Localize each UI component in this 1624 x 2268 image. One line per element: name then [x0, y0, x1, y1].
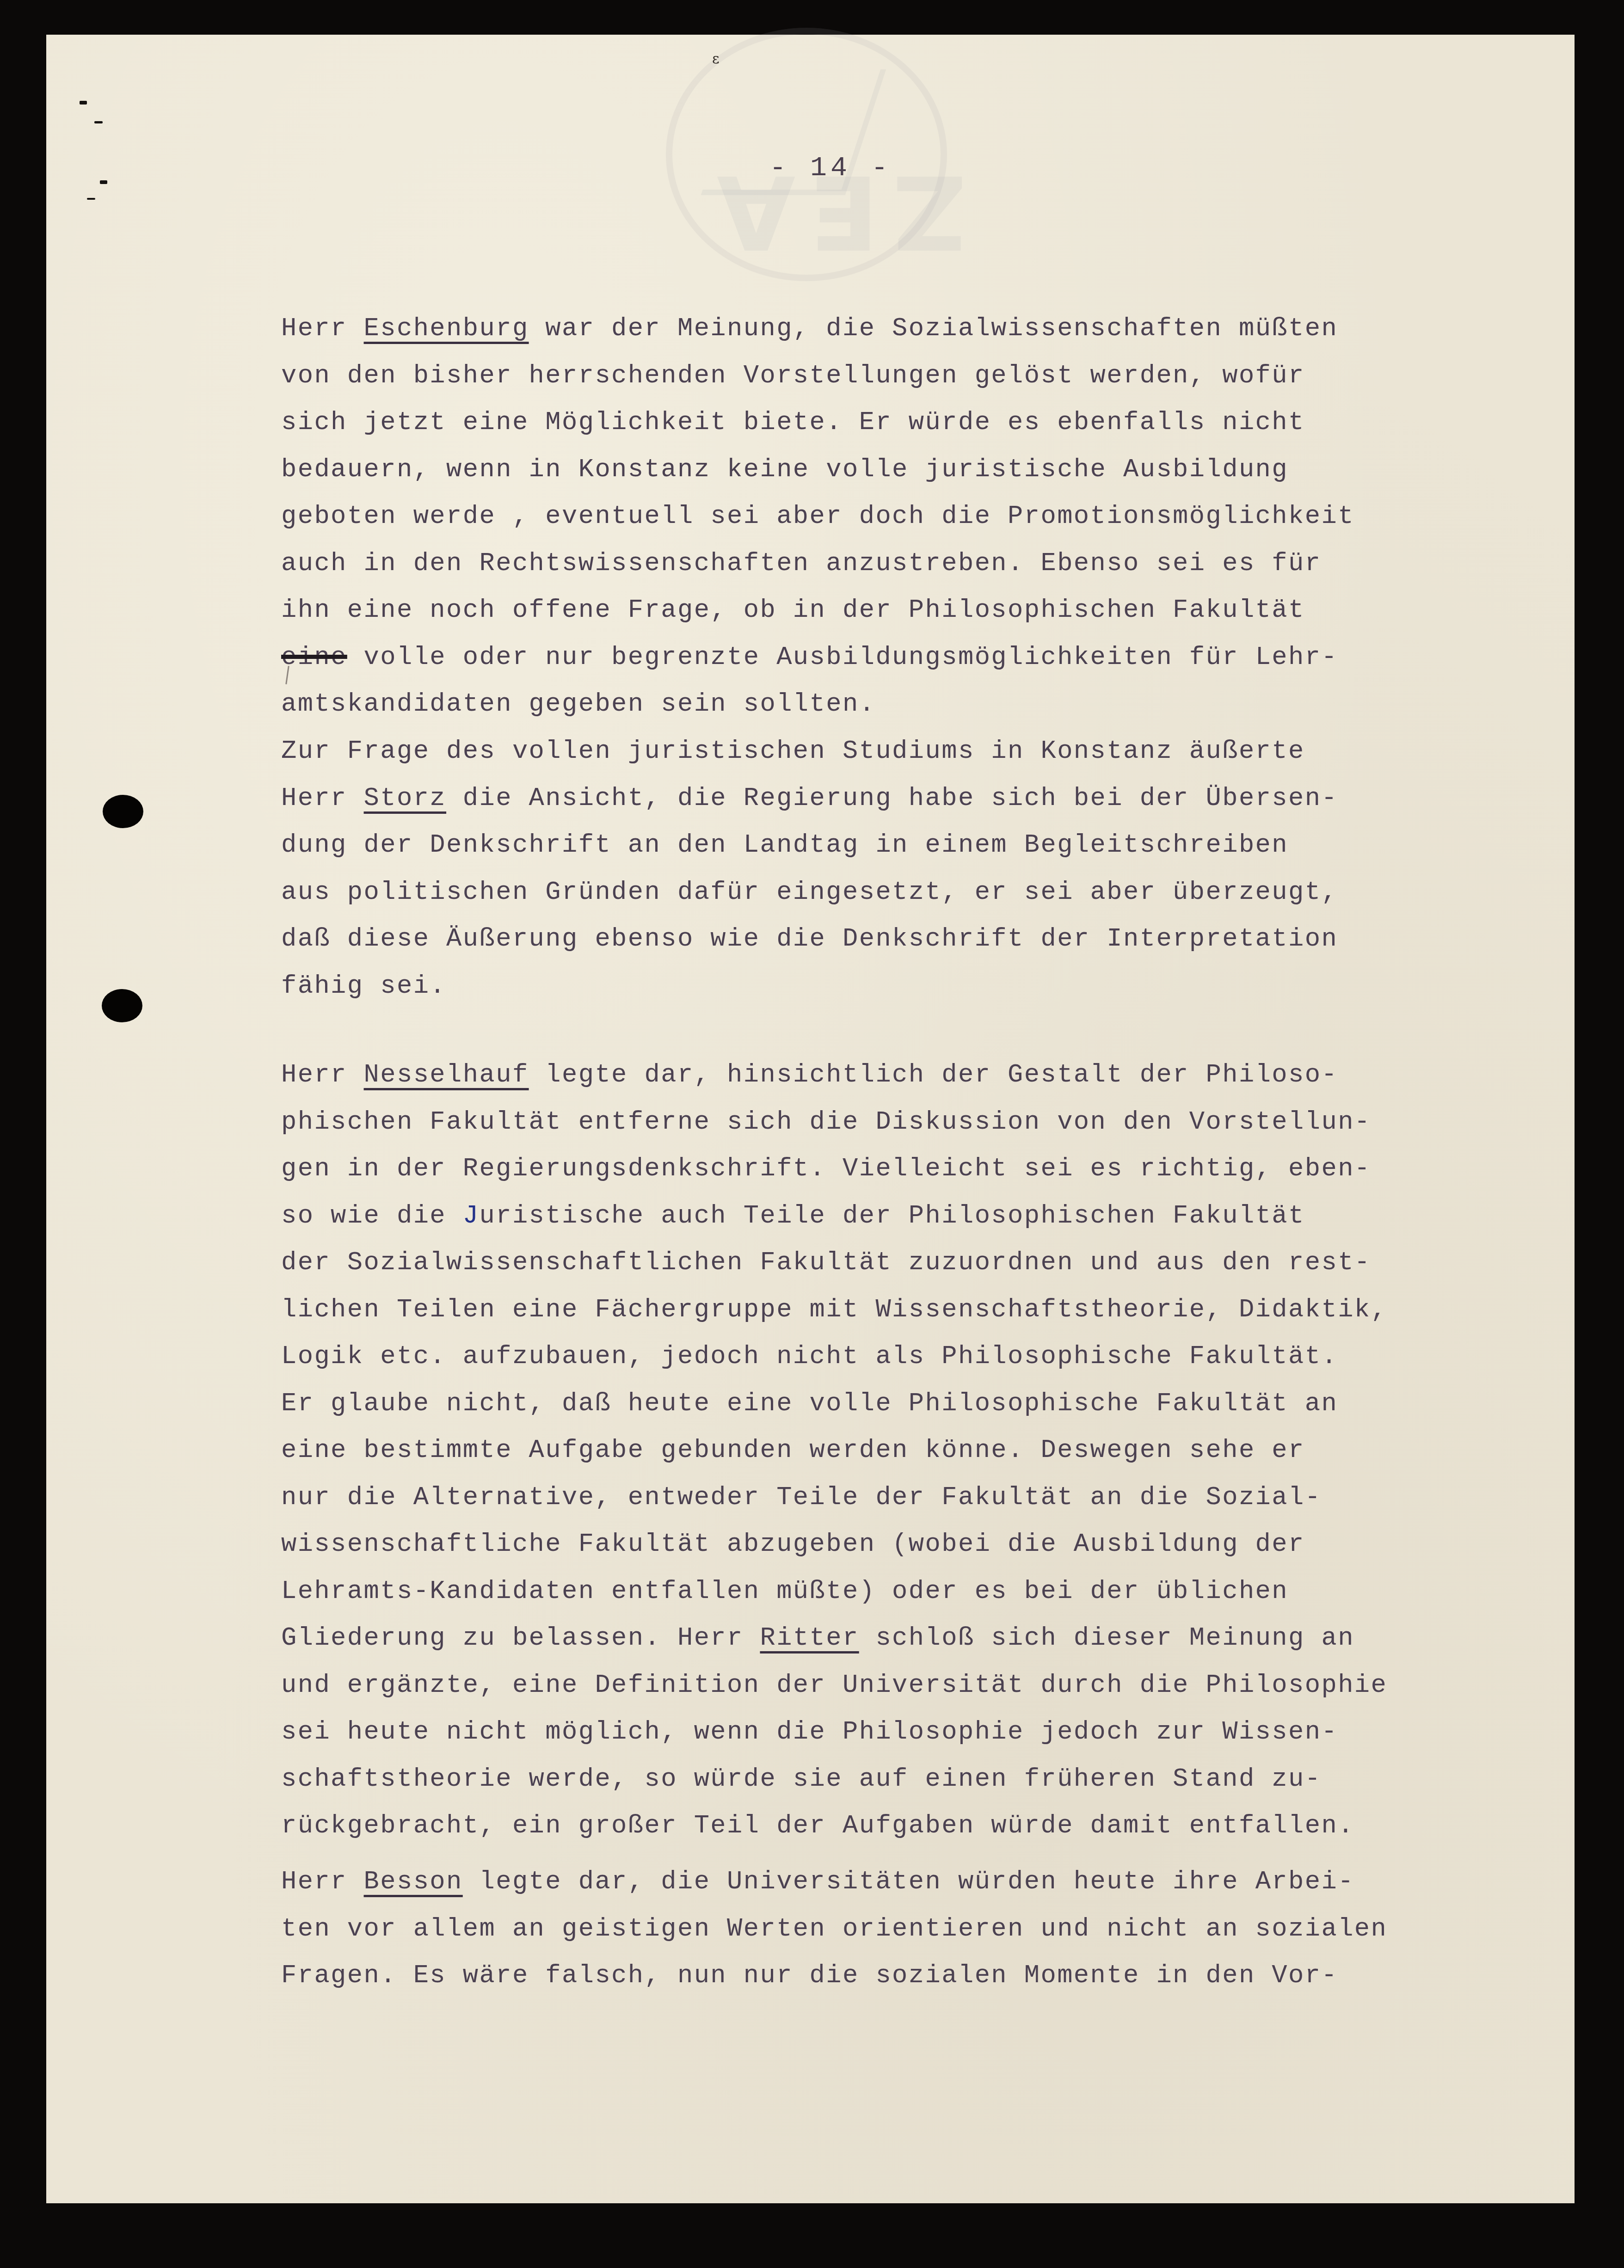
text-line: dung der Denkschrift an den Landtag in e…: [281, 822, 1338, 869]
text-line: und ergänzte, eine Definition der Univer…: [281, 1662, 1387, 1709]
text-line: phischen Fakultät entferne sich die Disk…: [281, 1099, 1387, 1146]
struck-word: eine: [281, 643, 347, 672]
line-text: Gliederung zu belassen. Herr: [281, 1623, 760, 1653]
punch-hole: [103, 795, 143, 828]
line-text: sei heute nicht möglich, wenn die Philos…: [281, 1717, 1338, 1746]
line-text: ihn eine noch offene Frage, ob in der Ph…: [281, 596, 1305, 625]
text-line: eine bestimmte Aufgabe gebunden werden k…: [281, 1427, 1387, 1474]
page-number-text: - 14 -: [732, 153, 892, 184]
staple-mark: [94, 121, 103, 123]
text-line: lichen Teilen eine Fächergruppe mit Wiss…: [281, 1286, 1387, 1334]
text-line: fähig sei.: [281, 963, 1338, 1010]
line-text: Herr: [281, 784, 364, 813]
text-line: daß diese Äußerung ebenso wie die Denksc…: [281, 916, 1338, 963]
line-text: Herr: [281, 314, 364, 343]
staple-mark: [80, 101, 87, 104]
text-line: Herr Besson legte dar, die Universitäten…: [281, 1858, 1387, 1905]
text-line: der Sozialwissenschaftlichen Fakultät zu…: [281, 1239, 1387, 1286]
line-text: fähig sei.: [281, 971, 446, 1001]
line-text: von den bisher herrschenden Vorstellunge…: [281, 361, 1305, 390]
text-line: von den bisher herrschenden Vorstellunge…: [281, 352, 1354, 400]
line-text: die Ansicht, die Regierung habe sich bei…: [446, 784, 1338, 813]
text-line: geboten werde , eventuell sei aber doch …: [281, 493, 1354, 540]
line-text: lichen Teilen eine Fächergruppe mit Wiss…: [281, 1295, 1387, 1324]
text-line: bedauern, wenn in Konstanz keine volle j…: [281, 446, 1354, 493]
line-text: legte dar, hinsichtlich der Gestalt der …: [529, 1060, 1338, 1089]
text-line: schaftstheorie werde, so würde sie auf e…: [281, 1756, 1387, 1803]
text-line: sich jetzt eine Möglichkeit biete. Er wü…: [281, 399, 1354, 446]
line-text: sich jetzt eine Möglichkeit biete. Er wü…: [281, 408, 1305, 437]
text-line: aus politischen Gründen dafür eingesetzt…: [281, 869, 1338, 916]
paragraph-storz: Zur Frage des vollen juristischen Studiu…: [281, 728, 1338, 1009]
text-line: auch in den Rechtswissenschaften anzustr…: [281, 540, 1354, 587]
speaker-name: Storz: [364, 784, 447, 813]
line-text: schaftstheorie werde, so würde sie auf e…: [281, 1764, 1321, 1794]
line-text: ten vor allem an geistigen Werten orient…: [281, 1914, 1387, 1943]
line-text: Herr: [281, 1867, 364, 1896]
line-text: rückgebracht, ein großer Teil der Aufgab…: [281, 1811, 1354, 1840]
text-line: wissenschaftliche Fakultät abzugeben (wo…: [281, 1521, 1387, 1568]
text-line: rückgebracht, ein großer Teil der Aufgab…: [281, 1802, 1387, 1850]
line-text: Fragen. Es wäre falsch, nun nur die sozi…: [281, 1961, 1338, 1990]
line-text: so wie die: [281, 1201, 463, 1230]
line-text: gen in der Regierungsdenkschrift. Vielle…: [281, 1154, 1371, 1183]
staple-mark: [87, 198, 95, 200]
text-line: Gliederung zu belassen. Herr Ritter schl…: [281, 1615, 1387, 1662]
speaker-name: Nesselhauf: [364, 1060, 529, 1089]
line-text: war der Meinung, die Sozialwissenschafte…: [529, 314, 1338, 343]
text-line: Logik etc. aufzubauen, jedoch nicht als …: [281, 1333, 1387, 1380]
line-text: dung der Denkschrift an den Landtag in e…: [281, 830, 1288, 860]
text-line: eine volle oder nur begrenzte Ausbildung…: [281, 634, 1354, 681]
line-text: Herr: [281, 1060, 364, 1089]
line-text: Logik etc. aufzubauen, jedoch nicht als …: [281, 1342, 1338, 1371]
line-text: Er glaube nicht, daß heute eine volle Ph…: [281, 1389, 1338, 1418]
line-text: und ergänzte, eine Definition der Univer…: [281, 1671, 1387, 1700]
text-line: ihn eine noch offene Frage, ob in der Ph…: [281, 587, 1354, 634]
line-text: daß diese Äußerung ebenso wie die Denksc…: [281, 924, 1338, 953]
text-line: so wie die Juristische auch Teile der Ph…: [281, 1192, 1387, 1240]
line-text: Zur Frage des vollen juristischen Studiu…: [281, 737, 1305, 766]
speaker-name: Besson: [364, 1867, 463, 1896]
line-text: uristische auch Teile der Philosophische…: [479, 1201, 1304, 1230]
text-line: gen in der Regierungsdenkschrift. Vielle…: [281, 1145, 1387, 1192]
text-line: amtskandidaten gegeben sein sollten.: [281, 681, 1354, 728]
speaker-name: Eschenburg: [364, 314, 529, 343]
text-line: ten vor allem an geistigen Werten orient…: [281, 1905, 1387, 1953]
line-text: geboten werde , eventuell sei aber doch …: [281, 502, 1354, 531]
handwritten-archive-mark: ε: [712, 51, 720, 67]
page-number: - 14 -: [0, 153, 1624, 184]
speaker-name: Ritter: [760, 1623, 859, 1653]
text-line: Er glaube nicht, daß heute eine volle Ph…: [281, 1380, 1387, 1427]
pen-correction: J: [463, 1201, 480, 1230]
text-line: Herr Storz die Ansicht, die Regierung ha…: [281, 775, 1338, 822]
paragraph-nesselhauf-ritter: Herr Nesselhauf legte dar, hinsichtlich …: [281, 1051, 1387, 1850]
text-line: Lehramts-Kandidaten entfallen müßte) ode…: [281, 1568, 1387, 1615]
text-line: sei heute nicht möglich, wenn die Philos…: [281, 1709, 1387, 1756]
text-line: nur die Alternative, entweder Teile der …: [281, 1474, 1387, 1521]
paragraph-eschenburg: Herr Eschenburg war der Meinung, die Soz…: [281, 305, 1354, 728]
line-text: volle oder nur begrenzte Ausbildungsmögl…: [347, 643, 1338, 672]
line-text: bedauern, wenn in Konstanz keine volle j…: [281, 455, 1288, 484]
text-line: Zur Frage des vollen juristischen Studiu…: [281, 728, 1338, 775]
line-text: wissenschaftliche Fakultät abzugeben (wo…: [281, 1530, 1305, 1559]
line-text: aus politischen Gründen dafür eingesetzt…: [281, 878, 1338, 907]
line-text: amtskandidaten gegeben sein sollten.: [281, 689, 875, 719]
line-text: auch in den Rechtswissenschaften anzustr…: [281, 549, 1321, 578]
line-text: eine bestimmte Aufgabe gebunden werden k…: [281, 1436, 1305, 1465]
line-text: phischen Fakultät entferne sich die Disk…: [281, 1107, 1371, 1137]
text-line: Fragen. Es wäre falsch, nun nur die sozi…: [281, 1952, 1387, 1999]
line-text: der Sozialwissenschaftlichen Fakultät zu…: [281, 1248, 1371, 1277]
text-line: Herr Nesselhauf legte dar, hinsichtlich …: [281, 1051, 1387, 1099]
line-text: schloß sich dieser Meinung an: [859, 1623, 1354, 1653]
line-text: Lehramts-Kandidaten entfallen müßte) ode…: [281, 1577, 1288, 1606]
punch-hole: [102, 989, 142, 1022]
line-text: nur die Alternative, entweder Teile der …: [281, 1483, 1321, 1512]
line-text: legte dar, die Universitäten würden heut…: [463, 1867, 1354, 1896]
text-line: Herr Eschenburg war der Meinung, die Soz…: [281, 305, 1354, 352]
paragraph-besson: Herr Besson legte dar, die Universitäten…: [281, 1858, 1387, 1999]
